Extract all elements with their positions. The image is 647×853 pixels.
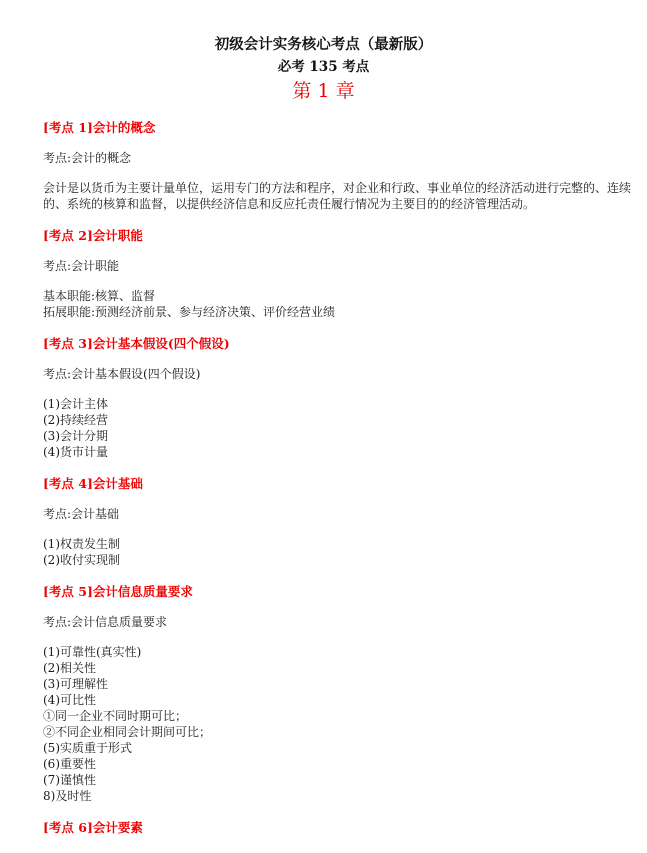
text-line: 考点:会计职能 xyxy=(43,258,635,274)
text-block: 考点:会计职能 xyxy=(43,258,635,274)
topic-section: [考点 3]会计基本假设(四个假设)考点:会计基本假设(四个假设)(1)会计主体… xyxy=(43,336,635,460)
text-block: (1)权责发生制(2)收付实现制 xyxy=(43,536,635,568)
text-line: (1)会计主体 xyxy=(43,396,635,412)
text-block: 考点:会计的概念 xyxy=(43,150,635,166)
text-block: 考点:会计信息质量要求 xyxy=(43,614,635,630)
topic-heading: [考点 1]会计的概念 xyxy=(43,120,635,136)
text-block: 基本职能:核算、监督拓展职能:预测经济前景、参与经济决策、评价经营业绩 xyxy=(43,288,635,320)
text-block: 会计是以货币为主要计量单位，运用专门的方法和程序，对企业和行政、事业单位的经济活… xyxy=(43,180,635,212)
text-line: 会计是以货币为主要计量单位，运用专门的方法和程序，对企业和行政、事业单位的经济活… xyxy=(43,180,635,212)
text-line: 基本职能:核算、监督 xyxy=(43,288,635,304)
topic-heading: [考点 4]会计基础 xyxy=(43,476,635,492)
text-line: 考点:会计信息质量要求 xyxy=(43,614,635,630)
document-title: 初级会计实务核心考点（最新版） xyxy=(0,34,647,56)
text-line: (6)重要性 xyxy=(43,756,635,772)
text-line: 8)及时性 xyxy=(43,788,635,804)
document-page: 初级会计实务核心考点（最新版） 必考 135 考点 第 1 章 [考点 1]会计… xyxy=(0,0,647,853)
text-block: 考点:会计基础 xyxy=(43,506,635,522)
text-block: (1)可靠性(真实性)(2)相关性(3)可理解性(4)可比性①同一企业不同时期可… xyxy=(43,644,635,804)
topic-section: [考点 6]会计要素 xyxy=(43,820,635,836)
text-line: 考点:会计基本假设(四个假设) xyxy=(43,366,635,382)
text-line: (2)持续经营 xyxy=(43,412,635,428)
text-line: (1)权责发生制 xyxy=(43,536,635,552)
topic-section: [考点 2]会计职能考点:会计职能基本职能:核算、监督拓展职能:预测经济前景、参… xyxy=(43,228,635,320)
topic-section: [考点 1]会计的概念考点:会计的概念会计是以货币为主要计量单位，运用专门的方法… xyxy=(43,120,635,212)
text-line: (3)会计分期 xyxy=(43,428,635,444)
text-block: (1)会计主体(2)持续经营(3)会计分期(4)货市计量 xyxy=(43,396,635,460)
text-line: ①同一企业不同时期可比； xyxy=(43,708,635,724)
text-line: ②不同企业相同会计期间可比； xyxy=(43,724,635,740)
chapter-title: 第 1 章 xyxy=(0,78,647,104)
text-line: (2)收付实现制 xyxy=(43,552,635,568)
text-line: (5)实质重于形式 xyxy=(43,740,635,756)
text-line: (2)相关性 xyxy=(43,660,635,676)
text-block: 考点:会计基本假设(四个假设) xyxy=(43,366,635,382)
text-line: (1)可靠性(真实性) xyxy=(43,644,635,660)
document-subtitle: 必考 135 考点 xyxy=(0,56,647,78)
document-body: [考点 1]会计的概念考点:会计的概念会计是以货币为主要计量单位，运用专门的方法… xyxy=(0,120,647,836)
topic-section: [考点 4]会计基础考点:会计基础(1)权责发生制(2)收付实现制 xyxy=(43,476,635,568)
text-line: 考点:会计基础 xyxy=(43,506,635,522)
topic-heading: [考点 5]会计信息质量要求 xyxy=(43,584,635,600)
topic-heading: [考点 2]会计职能 xyxy=(43,228,635,244)
text-line: (4)货市计量 xyxy=(43,444,635,460)
text-line: (7)谨慎性 xyxy=(43,772,635,788)
text-line: 考点:会计的概念 xyxy=(43,150,635,166)
text-line: (4)可比性 xyxy=(43,692,635,708)
text-line: (3)可理解性 xyxy=(43,676,635,692)
topic-heading: [考点 3]会计基本假设(四个假设) xyxy=(43,336,635,352)
text-line: 拓展职能:预测经济前景、参与经济决策、评价经营业绩 xyxy=(43,304,635,320)
document-header: 初级会计实务核心考点（最新版） 必考 135 考点 第 1 章 xyxy=(0,0,647,104)
topic-section: [考点 5]会计信息质量要求考点:会计信息质量要求(1)可靠性(真实性)(2)相… xyxy=(43,584,635,804)
topic-heading: [考点 6]会计要素 xyxy=(43,820,635,836)
